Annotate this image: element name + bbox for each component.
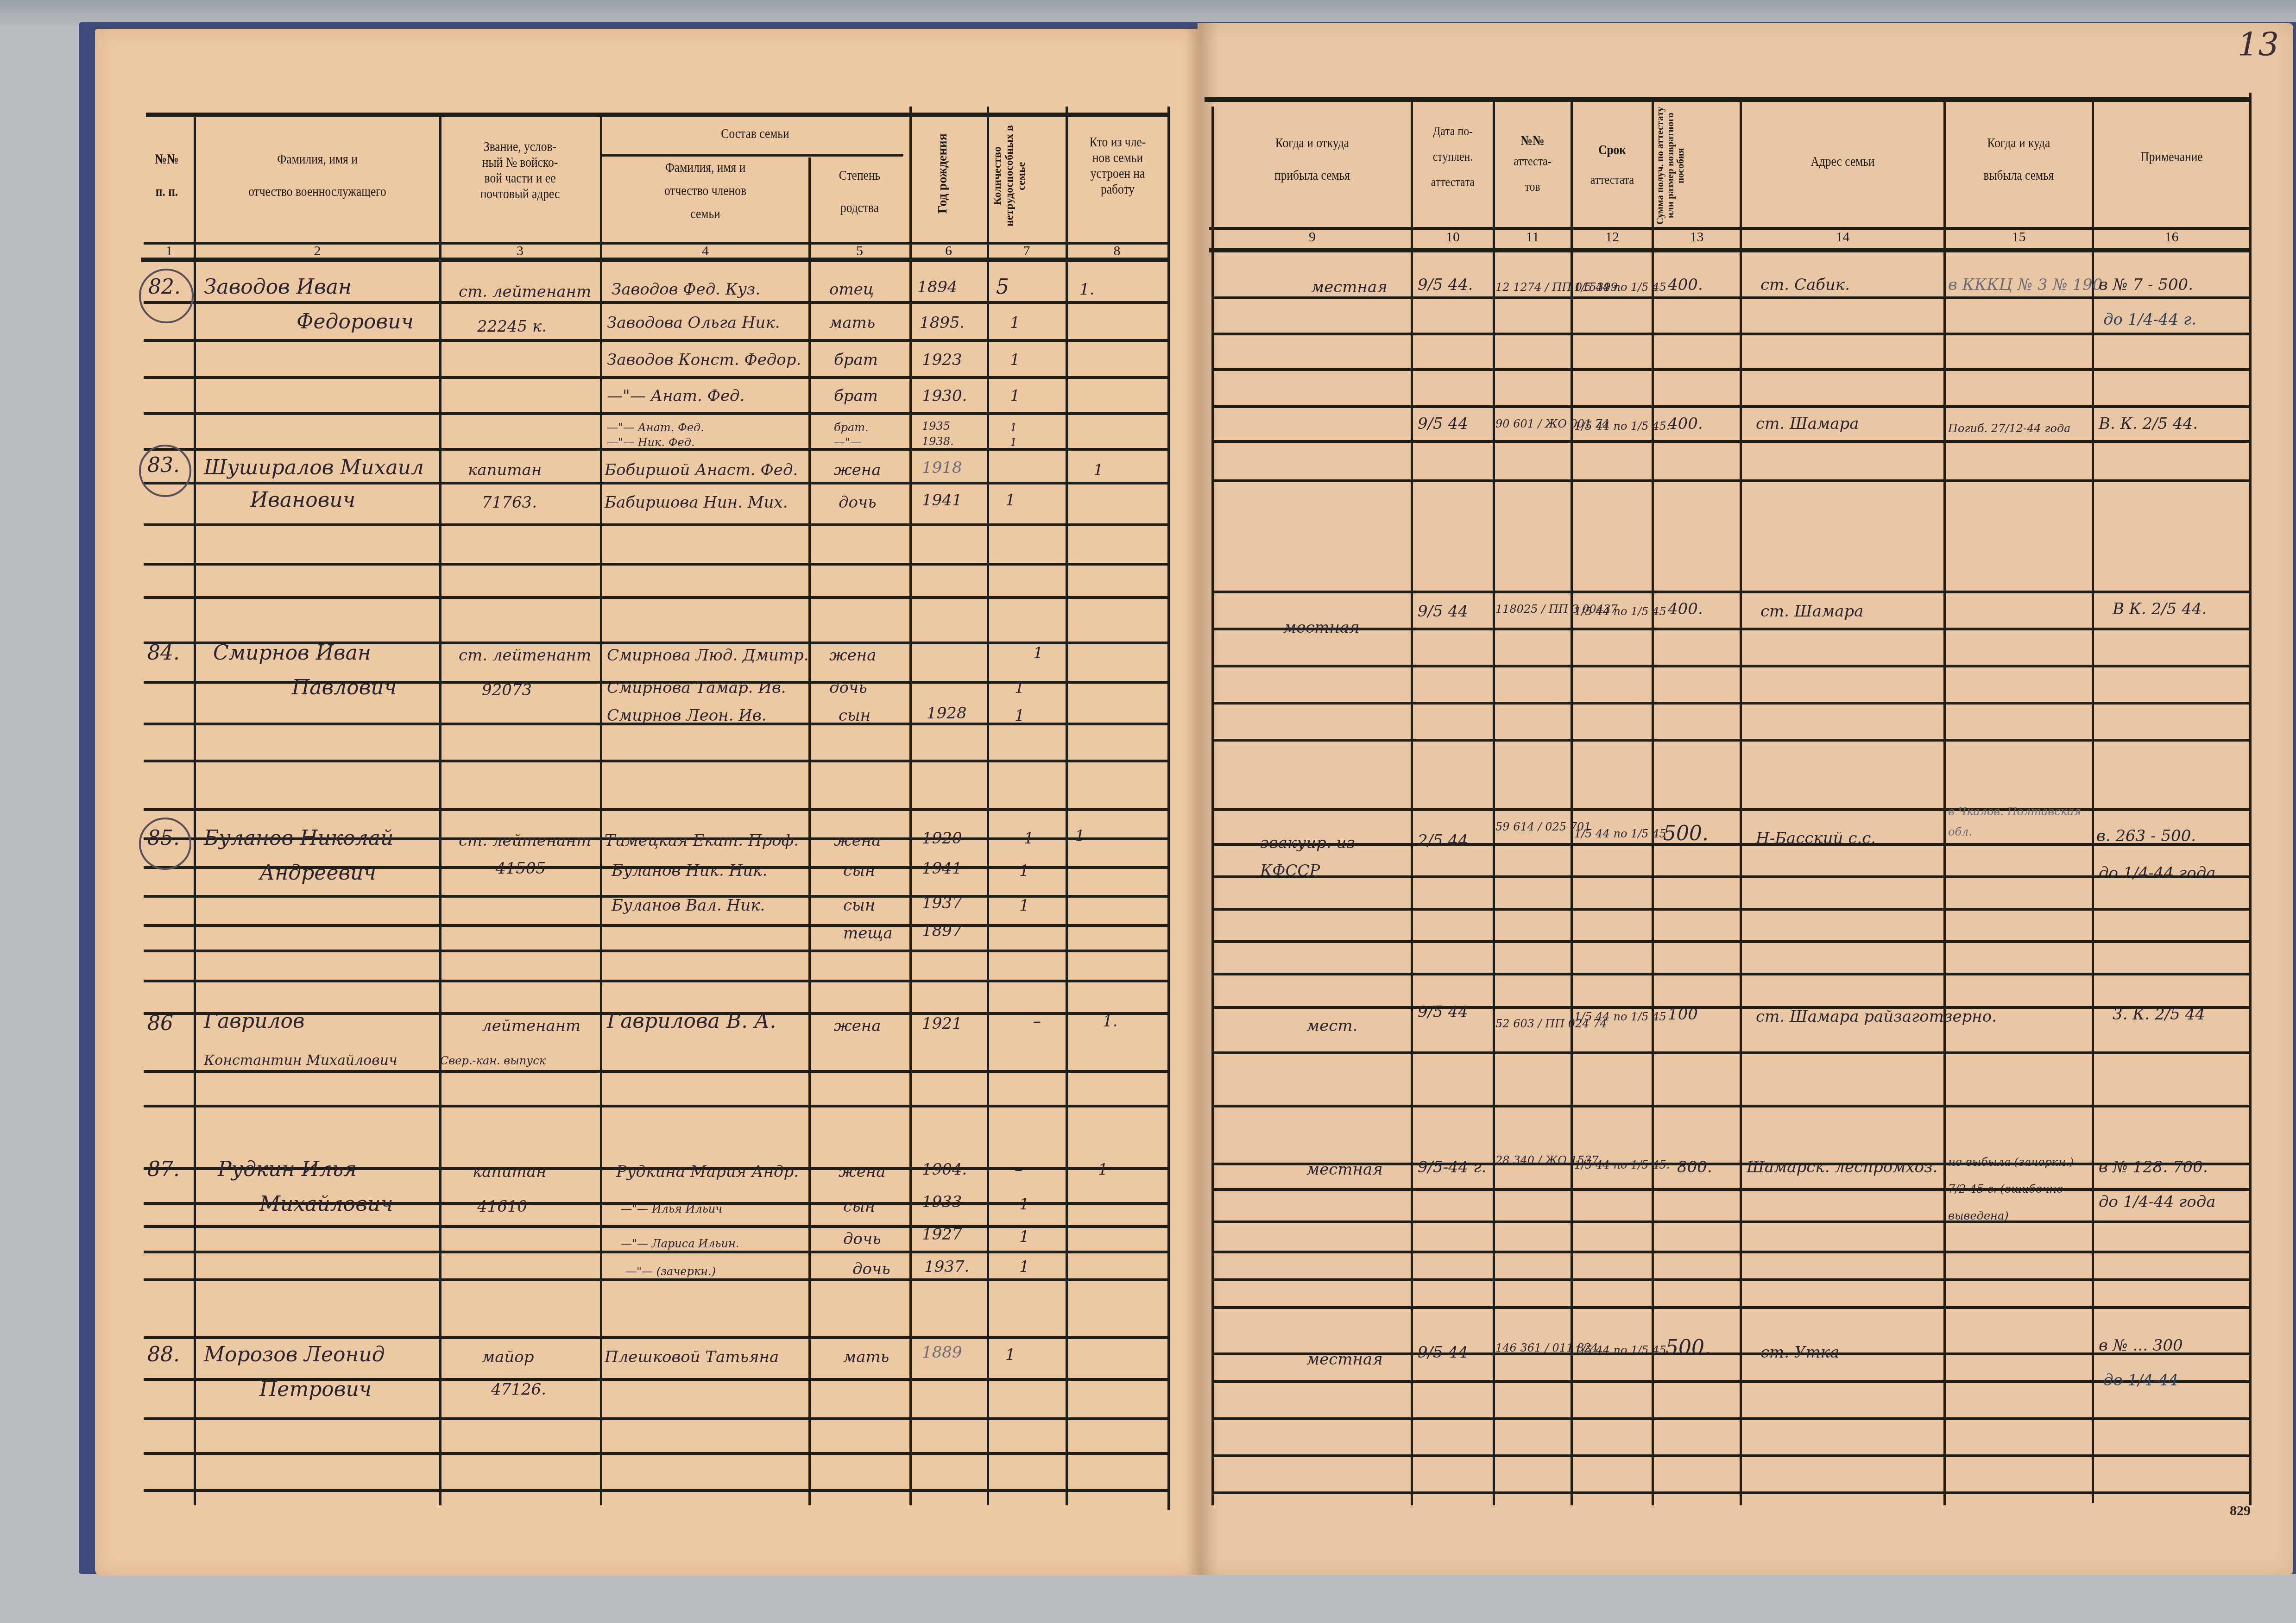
arrived-from: местная xyxy=(1283,616,1360,639)
birth-year: 1927 xyxy=(922,1223,962,1246)
arrived-from: эвакуир. из КФССР xyxy=(1260,829,1408,885)
birth-year: 1923 xyxy=(922,348,962,371)
serviceman-name-line1: Рудкин Илья xyxy=(218,1158,357,1181)
header-col4-line3: семьи xyxy=(618,206,793,222)
header-col15-line1: Когда и куда xyxy=(1957,134,2081,152)
family-relation: сын xyxy=(839,704,870,727)
header-col6: Год рождения xyxy=(936,107,950,241)
rank: лейтенант xyxy=(482,1014,580,1038)
disabled-count: 1 xyxy=(1015,676,1025,699)
header-col8-line3: устроен на xyxy=(1075,166,1160,182)
unit: Свер.-кан. выпуск xyxy=(440,1049,546,1072)
header-col13: Сумма получ. по аттестату или размер воз… xyxy=(1655,104,1738,227)
colnum-2: 2 xyxy=(195,243,440,259)
note-line2: до 1/4-44 г. xyxy=(2103,308,2196,331)
family-relation: брат xyxy=(834,384,878,408)
note-line1: В К. 2/5 44. xyxy=(2113,598,2207,621)
family-member-name: Рудкина Мария Андр. xyxy=(616,1160,799,1183)
record-number: 88. xyxy=(147,1343,180,1366)
date-received: 9/5 44. xyxy=(1418,273,1473,296)
family-member-name: Заводов Фед. Куз. xyxy=(612,278,760,301)
family-member-name: —"— (зачеркн.) xyxy=(625,1260,716,1283)
unit: 22245 к. xyxy=(477,315,547,338)
birth-year: 1938. xyxy=(922,430,954,453)
sum-amount: 400. xyxy=(1668,412,1703,435)
sum-amount: 100 xyxy=(1668,1003,1698,1026)
colnum-10: 10 xyxy=(1413,229,1493,245)
family-member-name: Буланов Ник. Ник. xyxy=(612,859,767,882)
note-line1: в № 7 - 500. xyxy=(2099,273,2193,296)
header-col11-line3: тов xyxy=(1500,178,1564,196)
birth-year: 1921 xyxy=(922,1012,962,1035)
family-address: ст. Сабик. xyxy=(1760,273,1850,296)
record-number: 85. xyxy=(147,827,180,850)
disabled-count: 1 xyxy=(1019,1255,1029,1278)
note-line1: в № 128. 700. xyxy=(2099,1156,2208,1179)
arrived-from: местная xyxy=(1306,1158,1383,1181)
colnum-7: 7 xyxy=(988,243,1066,259)
disabled-count: 1 xyxy=(1005,1343,1016,1366)
colnum-3: 3 xyxy=(440,243,600,259)
birth-year: 1904. xyxy=(922,1158,967,1181)
record-number: 86 xyxy=(147,1012,173,1035)
note-line1: В. К. 2/5 44. xyxy=(2099,412,2198,435)
header-family-group: Состав семьи xyxy=(625,125,885,143)
employed-count: 1. xyxy=(1103,1010,1117,1033)
header-col10-line2: ступлен. xyxy=(1419,148,1487,166)
birth-year: 1930. xyxy=(922,384,967,408)
disabled-count: 1 xyxy=(1024,827,1034,850)
record-number: 87. xyxy=(147,1158,180,1181)
colnum-16: 16 xyxy=(2094,229,2249,245)
family-relation: жена xyxy=(829,644,876,667)
unit: 92073 xyxy=(482,679,532,702)
header-col2-line1: Фамилия, имя и xyxy=(213,151,422,168)
header-col7: Количество нетрудоспособных в семье xyxy=(991,111,1061,241)
family-relation: дочь xyxy=(839,491,877,514)
note-line2: до 1/4-44 года xyxy=(2099,1190,2216,1214)
attestat-term: 1/5 44 по 1/5 45 xyxy=(1574,822,1666,845)
family-relation: сын xyxy=(843,859,875,882)
disabled-count: 1 xyxy=(1033,642,1043,665)
birth-year: 1928 xyxy=(927,702,967,725)
disabled-count: 5 xyxy=(996,276,1009,299)
unit: 47126. xyxy=(491,1378,546,1401)
family-member-name: Гаврилова В. А. xyxy=(607,1010,776,1033)
colnum-14: 14 xyxy=(1742,229,1943,245)
record-number: 82. xyxy=(148,276,181,299)
colnum-15: 15 xyxy=(1946,229,2092,245)
header-col10-line1: Дата по- xyxy=(1419,123,1487,140)
page-number-handwritten: 13 xyxy=(2238,25,2279,63)
header-col1-line1: №№ xyxy=(143,151,190,168)
rank: ст. лейтенант xyxy=(459,644,591,667)
disabled-count: 1 xyxy=(1010,311,1020,334)
attestat-term: 1/5 44 по 1/5 45 xyxy=(1574,1005,1666,1028)
serviceman-name-line1: Буланов Николай xyxy=(204,827,393,850)
header-col9-line1: Когда и откуда xyxy=(1229,134,1396,152)
colnum-5: 5 xyxy=(810,243,909,259)
date-received: 9/5-44 г. xyxy=(1418,1156,1486,1179)
family-relation: теща xyxy=(843,922,893,945)
rank: капитан xyxy=(473,1160,546,1183)
left-when-where: не выбыла (зачеркн.) 7/2-45 г. (ошибочно… xyxy=(1948,1149,2092,1229)
family-relation: сын xyxy=(843,894,875,917)
disabled-count: 1 xyxy=(1019,1225,1029,1248)
serviceman-name-line1: Морозов Леонид xyxy=(204,1343,385,1366)
disabled-count: 1 xyxy=(1015,704,1025,727)
birth-year: 1894 xyxy=(917,276,958,299)
unit: 71763. xyxy=(482,491,537,514)
sum-amount: 800. xyxy=(1677,1156,1712,1179)
family-relation: жена xyxy=(834,1014,881,1038)
birth-year: 1933 xyxy=(922,1190,962,1214)
header-col1-line2: п. п. xyxy=(143,183,190,201)
header-col12-line2: аттестата xyxy=(1579,171,1646,189)
birth-year: 1889 xyxy=(922,1341,962,1364)
serviceman-name-line2: Константин Михайлович xyxy=(204,1049,397,1072)
date-received: 2/5 44. xyxy=(1418,829,1473,852)
header-col8-line2: нов семьи xyxy=(1075,150,1160,166)
serviceman-name-line1: Гаврилов xyxy=(204,1010,305,1033)
note-line1: 3. К. 2/5 44 xyxy=(2113,1003,2205,1026)
serviceman-name-line2: Иванович xyxy=(250,489,355,512)
record-number: 84. xyxy=(147,642,180,665)
attestat-term: 1/5 44 по 1/5 45. xyxy=(1574,415,1670,438)
date-received: 9/5 44 xyxy=(1418,600,1468,623)
family-relation: брат xyxy=(834,348,878,371)
serviceman-name-line1: Смирнов Иван xyxy=(213,642,371,665)
family-member-name: Плешковой Татьяна xyxy=(605,1346,779,1369)
family-member-name: —"— Анат. Фед. xyxy=(607,384,744,408)
disabled-count: – xyxy=(1033,1010,1041,1033)
rank: майор xyxy=(482,1346,534,1369)
date-received: 9/5 44 xyxy=(1418,412,1468,435)
disabled-count: 1 xyxy=(1010,348,1020,371)
family-address: Шамарск. леспромхоз. xyxy=(1747,1156,1937,1179)
disabled-count: 1 xyxy=(1010,384,1020,408)
employed-count: 1. xyxy=(1079,278,1094,301)
family-relation: отец xyxy=(829,278,874,301)
disabled-count: 1 xyxy=(1019,894,1029,917)
record-number: 83. xyxy=(147,454,180,477)
family-address: Н-Басский с.с. xyxy=(1756,827,1876,850)
note-line2: до 1/4-44 года xyxy=(2099,862,2216,885)
header-col8-line4: работу xyxy=(1075,182,1160,197)
family-member-name: —"— Лариса Ильин. xyxy=(621,1232,739,1255)
family-relation: дочь xyxy=(843,1227,881,1251)
header-col3-line4: почтовый адрес xyxy=(452,186,588,202)
birth-year: 1941 xyxy=(922,489,962,512)
colnum-9: 9 xyxy=(1214,229,1411,245)
birth-year: 1918 xyxy=(922,456,962,479)
family-relation: мать xyxy=(843,1346,889,1369)
family-member-name: —"— Илья Ильич xyxy=(621,1197,722,1220)
disabled-count: 1 xyxy=(1005,489,1016,512)
family-relation: жена xyxy=(834,459,881,482)
attestat-term: 1/5 44 по 1/5 45 xyxy=(1574,1339,1666,1362)
serviceman-name-line2: Павлович xyxy=(292,676,397,699)
serviceman-name-line2: Петрович xyxy=(259,1378,372,1401)
sum-amount: 400. xyxy=(1668,273,1703,296)
note-line2: до 1/4-44 xyxy=(2103,1369,2178,1392)
colnum-8: 8 xyxy=(1066,243,1167,259)
family-relation: жена xyxy=(839,1160,885,1183)
birth-year: 1895. xyxy=(920,311,965,334)
family-member-name: Тимецкая Екат. Проф. xyxy=(605,829,799,852)
sum-amount: 500. xyxy=(1663,822,1709,845)
unit: 41505 xyxy=(496,857,546,880)
employed-count: 1 xyxy=(1093,459,1104,482)
family-member-name: —"— Ник. Фед. xyxy=(607,431,695,454)
rank: ст. лейтенант xyxy=(459,280,591,303)
rank: ст. лейтенант xyxy=(459,829,591,852)
family-member-name: Буланов Вал. Ник. xyxy=(612,894,765,917)
header-col4-line2: отчество членов xyxy=(618,183,793,199)
header-col8-line1: Кто из чле- xyxy=(1075,134,1160,150)
family-relation: жена xyxy=(834,829,881,852)
header-col16: Примечание xyxy=(2106,148,2238,166)
date-received: 9/5 44 xyxy=(1418,1000,1468,1024)
header-col5-line2: родства xyxy=(817,199,902,217)
unit: 41610 xyxy=(477,1195,527,1218)
disabled-count: 1 xyxy=(1010,431,1017,454)
family-relation: сын xyxy=(843,1195,875,1218)
sum-amount: 500. xyxy=(1665,1336,1711,1359)
left-when-where: в Чкалов. Полтавская обл. xyxy=(1948,801,2087,842)
family-address: ст. Шамара xyxy=(1760,600,1863,623)
attestat-term: 1/5 44 по 1/5 45 xyxy=(1574,276,1666,299)
note-line1: в № ... 300 xyxy=(2099,1334,2183,1357)
header-col3-line2: ный № войско- xyxy=(452,155,588,170)
disabled-count: 1 xyxy=(1019,1193,1029,1216)
header-col14: Адрес семьи xyxy=(1757,153,1929,170)
family-member-name: Смирнова Люд. Дмитр. xyxy=(607,644,809,667)
arrived-from: местная xyxy=(1306,1348,1383,1371)
header-col2-line2: отчество военнослужащего xyxy=(213,183,422,201)
family-address: ст. Утка xyxy=(1760,1341,1839,1364)
header-col9-line2: прибыла семья xyxy=(1229,167,1396,184)
family-relation: —"— xyxy=(834,431,861,454)
serviceman-name-line2: Михайлович xyxy=(259,1193,393,1216)
header-col12-line1: Срок xyxy=(1579,141,1646,159)
colnum-11: 11 xyxy=(1495,229,1571,245)
family-member-name: Смирнов Леон. Ив. xyxy=(607,704,767,727)
employed-count: 1 xyxy=(1075,824,1085,848)
birth-year: 1920 xyxy=(922,827,962,850)
birth-year: 1937 xyxy=(922,892,962,915)
header-col3-line3: вой части и ее xyxy=(452,170,588,186)
disabled-count: 1 xyxy=(1019,859,1029,882)
header-col5-line1: Степень xyxy=(817,167,902,184)
header-col4-line1: Фамилия, имя и xyxy=(618,160,793,176)
arrived-from: местная xyxy=(1311,276,1388,299)
family-relation: мать xyxy=(829,311,875,334)
print-number: 829 xyxy=(2230,1503,2251,1519)
header-col3-line1: Звание, услов- xyxy=(452,139,588,155)
rank: капитан xyxy=(468,459,542,482)
attestat-term: 1/5 44 по 1/5 45. xyxy=(1574,1153,1670,1176)
colnum-4: 4 xyxy=(602,243,808,259)
header-col10-line3: аттестата xyxy=(1419,174,1487,191)
date-received: 9/5 44 xyxy=(1418,1341,1468,1364)
family-address: ст. Шамара xyxy=(1756,412,1859,435)
attestat-term: 1/5 44 по 1/5 45 xyxy=(1574,600,1666,623)
family-member-name: Заводов Конст. Федор. xyxy=(607,348,801,371)
serviceman-name-line2: Федорович xyxy=(296,310,414,333)
header-col15-line2: выбыла семья xyxy=(1957,167,2081,184)
serviceman-name-line1: Заводов Иван xyxy=(204,276,352,299)
colnum-6: 6 xyxy=(910,243,987,259)
left-when-where: в КККЦ № 3 № 190. xyxy=(1948,273,2107,296)
employed-count: 1 xyxy=(1098,1158,1108,1181)
sum-amount: 400. xyxy=(1668,598,1703,621)
family-address: ст. Шамара райзаготзерно. xyxy=(1756,1005,1997,1028)
disabled-count: – xyxy=(1015,1158,1022,1181)
header-col11-line2: аттеста- xyxy=(1500,153,1564,170)
birth-year: 1897 xyxy=(922,919,962,943)
colnum-1: 1 xyxy=(144,243,195,259)
birth-year: 1941 xyxy=(922,857,962,880)
family-member-name: Заводова Ольга Ник. xyxy=(607,311,780,334)
family-member-name: Бобиршой Анаст. Фед. xyxy=(605,459,798,482)
birth-year: 1937. xyxy=(924,1255,969,1278)
left-when-where: Погиб. 27/12-44 года xyxy=(1948,415,2087,442)
note-line1: в. 263 - 500. xyxy=(2096,824,2196,848)
serviceman-name-line2: Андреевич xyxy=(259,862,376,885)
header-col11-line1: №№ xyxy=(1500,132,1564,150)
family-member-name: Смирнова Тамар. Ив. xyxy=(607,676,786,699)
colnum-13: 13 xyxy=(1654,229,1740,245)
serviceman-name-line1: Шуширалов Михаил xyxy=(204,456,424,479)
family-relation: дочь xyxy=(829,676,867,699)
arrived-from: мест. xyxy=(1306,1014,1357,1038)
colnum-12: 12 xyxy=(1573,229,1652,245)
family-member-name: Бабиршова Нин. Мих. xyxy=(605,491,788,514)
family-relation: дочь xyxy=(852,1258,890,1281)
